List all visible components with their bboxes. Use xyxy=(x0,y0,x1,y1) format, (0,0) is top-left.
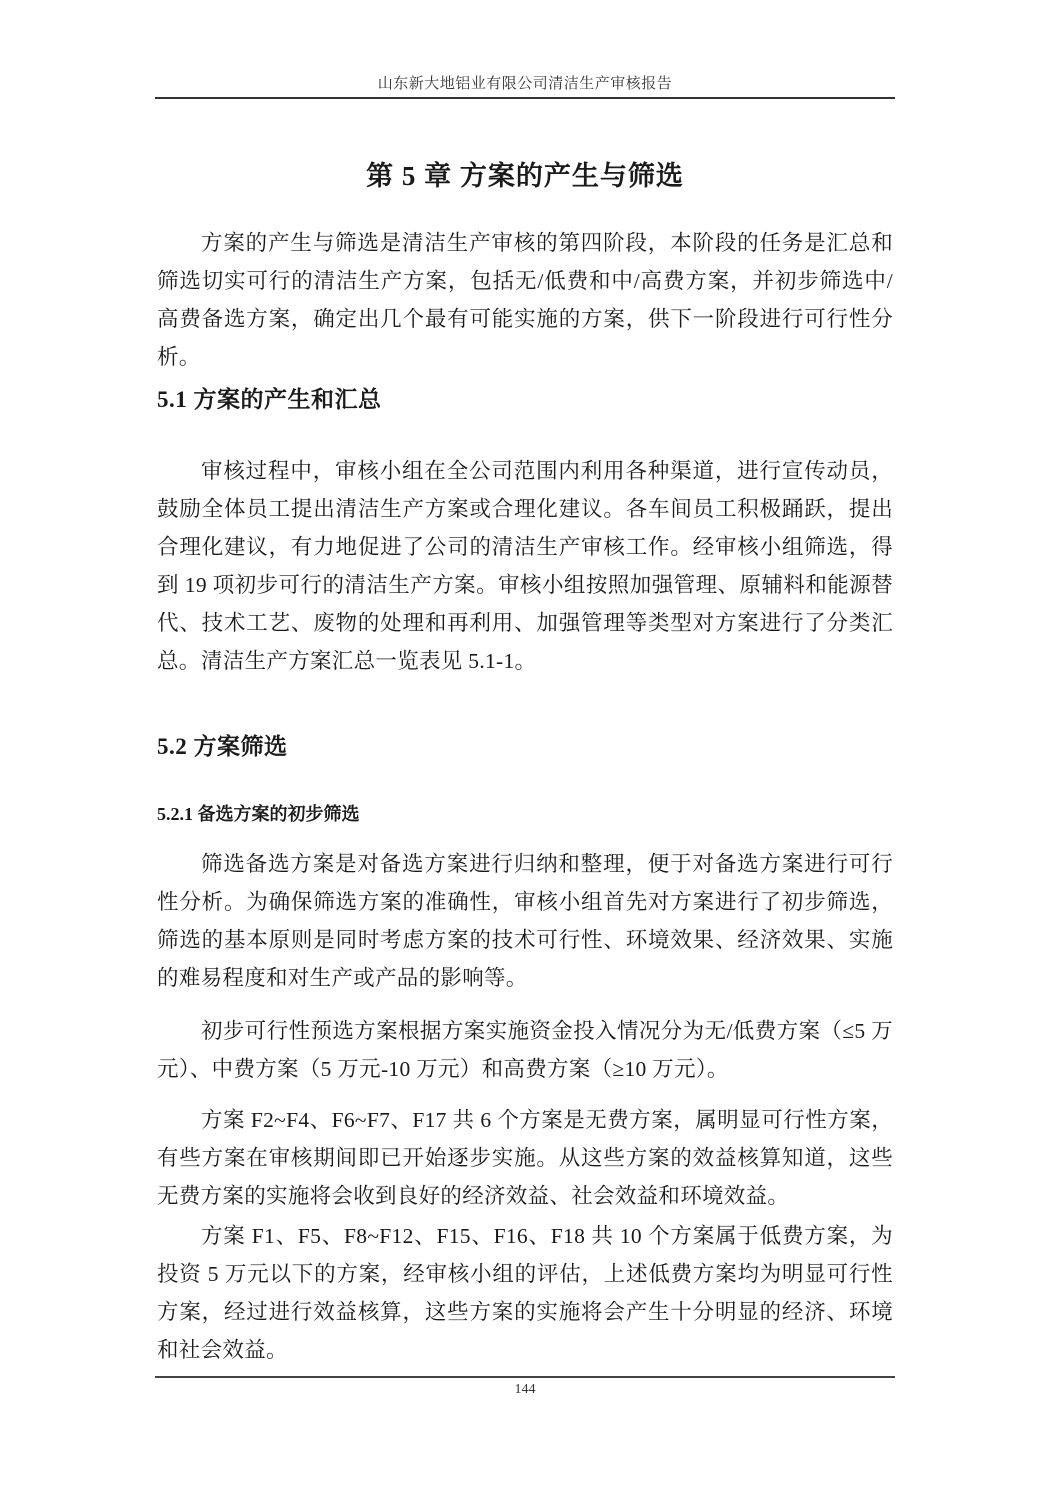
section-5-2-1-paragraph-2: 初步可行性预选方案根据方案实施资金投入情况分为无/低费方案（≤5 万元）、中费方… xyxy=(157,1012,893,1088)
section-5-2-1-paragraph-4: 方案 F1、F5、F8~F12、F15、F16、F18 共 10 个方案属于低费… xyxy=(157,1217,893,1369)
running-header: 山东新大地铝业有限公司清洁生产审核报告 xyxy=(155,72,895,93)
document-page: 山东新大地铝业有限公司清洁生产审核报告 第 5 章 方案的产生与筛选 方案的产生… xyxy=(0,0,1050,1485)
section-heading-5-1: 5.1 方案的产生和汇总 xyxy=(157,381,382,414)
section-heading-5-2: 5.2 方案筛选 xyxy=(157,728,288,761)
subsection-heading-5-2-1: 5.2.1 备选方案的初步筛选 xyxy=(157,800,360,826)
page-number: 144 xyxy=(155,1382,895,1398)
section-5-2-1-paragraph-1: 筛选备选方案是对备选方案进行归纳和整理，便于对备选方案进行可行性分析。为确保筛选… xyxy=(157,845,893,997)
section-5-1-paragraph-2: 清洁生产方案汇总一览表见 5.1-1。 xyxy=(157,642,893,680)
footer-divider xyxy=(155,1376,895,1378)
section-5-2-1-paragraph-3: 方案 F2~F4、F6~F7、F17 共 6 个方案是无费方案，属明显可行性方案… xyxy=(157,1101,893,1215)
chapter-intro-paragraph: 方案的产生与筛选是清洁生产审核的第四阶段，本阶段的任务是汇总和筛选切实可行的清洁… xyxy=(157,224,893,376)
header-divider xyxy=(155,97,895,99)
chapter-title: 第 5 章 方案的产生与筛选 xyxy=(157,154,893,193)
